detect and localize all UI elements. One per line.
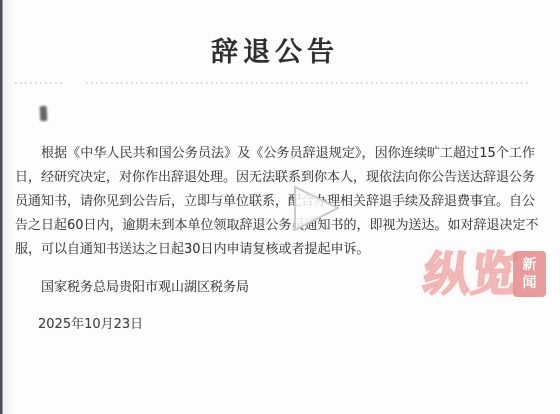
badge-char-bottom: 闻 <box>523 274 537 292</box>
badge-char-top: 新 <box>523 256 537 274</box>
body-line: 员通知书，请你见到公告后，立即与单位联系，配合办理相关辞退手续及辞退费事宜。自公 <box>15 190 535 214</box>
news-watermark-badge: 新 闻 <box>513 251 546 297</box>
news-watermark: 纵览 新 闻 <box>420 246 550 304</box>
notice-body: 根据《中华人民共和国公务员法》及《公务员辞退规定》，因你连续旷工超过15个工作 … <box>15 142 535 262</box>
body-line: 日，经研究决定，对你作出辞退处理。因无法联系到你本人，现依法向你公告送达辞退公务 <box>15 166 535 190</box>
dotted-rule-segment <box>86 82 528 84</box>
notice-document-frame: 辞退公告 根据《中华人民共和国公务员法》及《公务员辞退规定》，因你连续旷工超过1… <box>0 0 560 414</box>
body-line: 告之日起60日内，逾期未到本单位领取辞退公务员通知书的，即视为送达。如对辞退决定… <box>15 214 535 238</box>
body-line: 根据《中华人民共和国公务员法》及《公务员辞退规定》，因你连续旷工超过15个工作 <box>15 142 535 166</box>
frame-left-shadow <box>3 0 15 414</box>
news-watermark-brand: 纵览 <box>421 246 521 302</box>
notice-date: 2025年10月23日 <box>15 313 535 337</box>
dotted-rule-segment <box>15 82 62 84</box>
notice-title: 辞退公告 <box>15 36 535 70</box>
play-icon <box>291 183 343 235</box>
ink-smudge <box>40 106 48 121</box>
